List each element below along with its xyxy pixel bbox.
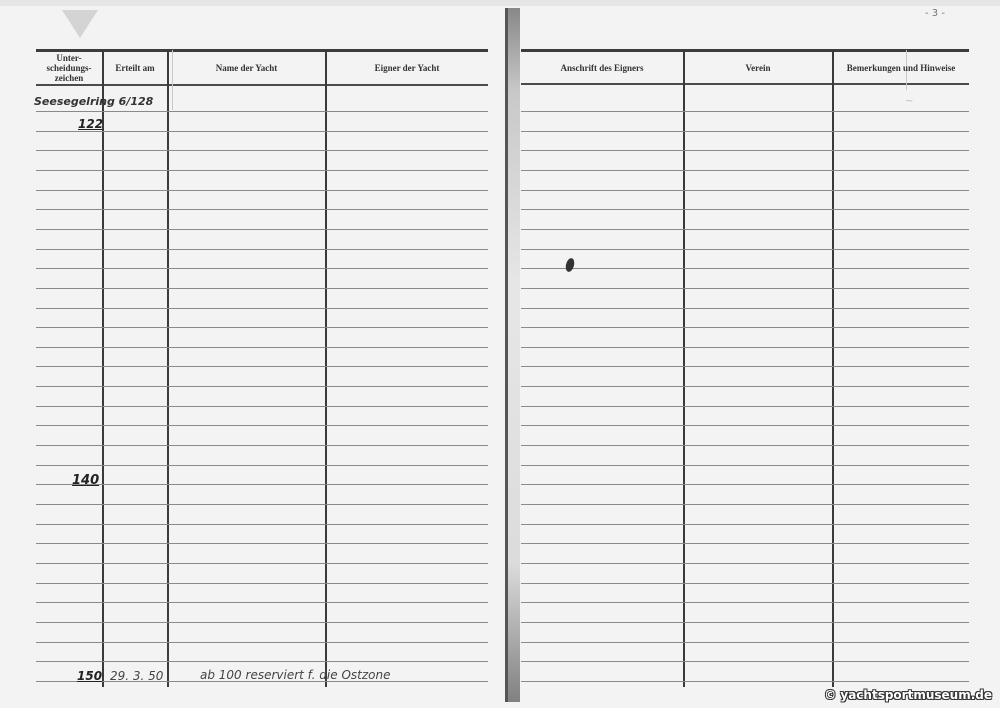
watermark: © yachtsportmuseum.de [824, 688, 992, 702]
row-rule [36, 583, 488, 584]
row-rule [521, 563, 969, 564]
entry-122: 122 [78, 117, 103, 131]
row-rule [36, 524, 488, 525]
row-rule [521, 524, 969, 525]
row-rule [36, 563, 488, 564]
entry-150-erteilt-am: 29. 3. 50 [110, 669, 163, 683]
row-rule [521, 366, 969, 367]
row-rule [521, 681, 969, 682]
row-rule [36, 209, 488, 210]
row-rule [36, 504, 488, 505]
row-rule [36, 249, 488, 250]
row-rule [36, 229, 488, 230]
row-rule [36, 288, 488, 289]
row-rule [36, 347, 488, 348]
row-rule [36, 327, 488, 328]
entry-seesegelring: Seesegelring 6/128 [34, 95, 153, 108]
row-rule [521, 583, 969, 584]
entry-150: 150 [77, 669, 102, 683]
scan-top-edge [0, 0, 1000, 6]
row-rule [36, 484, 488, 485]
entry-140: 140 [72, 473, 99, 488]
row-rule [521, 229, 969, 230]
row-rule [521, 484, 969, 485]
row-rule [36, 170, 488, 171]
row-rule [36, 111, 488, 112]
row-rule [36, 386, 488, 387]
row-rule [521, 150, 969, 151]
row-rule [521, 268, 969, 269]
row-rule [36, 131, 488, 132]
header-verein: Verein [684, 52, 832, 83]
row-rule [521, 642, 969, 643]
row-rule [36, 150, 488, 151]
row-rule [521, 622, 969, 623]
row-rule [36, 406, 488, 407]
row-rule [521, 347, 969, 348]
row-rule [521, 170, 969, 171]
row-rule [36, 308, 488, 309]
row-rule [521, 543, 969, 544]
header-unterscheidungszeichen: Unter- scheidungs- zeichen [36, 52, 102, 84]
row-rule [36, 602, 488, 603]
row-rule [36, 366, 488, 367]
row-rule [36, 445, 488, 446]
row-rule [36, 622, 488, 623]
row-rule [521, 209, 969, 210]
row-rule [521, 131, 969, 132]
header-erteilt-am: Erteilt am [103, 52, 167, 84]
row-rule [521, 602, 969, 603]
header-bemerkungen: Bemerkungen und Hinweise [833, 52, 969, 83]
row-rule [521, 406, 969, 407]
top-right-mark: - 3 - [925, 8, 945, 19]
row-rule [521, 445, 969, 446]
row-rule [521, 249, 969, 250]
row-rule [36, 268, 488, 269]
faint-pencil-mark: ~ [905, 96, 913, 107]
row-rule [521, 425, 969, 426]
row-rule [36, 425, 488, 426]
row-rule [36, 465, 488, 466]
row-rule [521, 288, 969, 289]
header-name-der-yacht: Name der Yacht [168, 52, 325, 84]
book-spine [500, 8, 524, 702]
row-rule [521, 111, 969, 112]
row-rule [36, 190, 488, 191]
row-rule [521, 661, 969, 662]
row-rule [521, 190, 969, 191]
row-rule [521, 504, 969, 505]
header-eigner-der-yacht: Eigner der Yacht [326, 52, 488, 84]
header-anschrift-des-eigners: Anschrift des Eigners [521, 52, 683, 83]
row-rule [521, 327, 969, 328]
row-rule [521, 308, 969, 309]
row-rule [36, 543, 488, 544]
row-rule [521, 386, 969, 387]
row-rule [36, 661, 488, 662]
row-rule [36, 642, 488, 643]
entry-150-note: ab 100 reserviert f. die Ostzone [200, 668, 390, 682]
row-rule [521, 465, 969, 466]
corner-mark-top-left [62, 10, 98, 38]
